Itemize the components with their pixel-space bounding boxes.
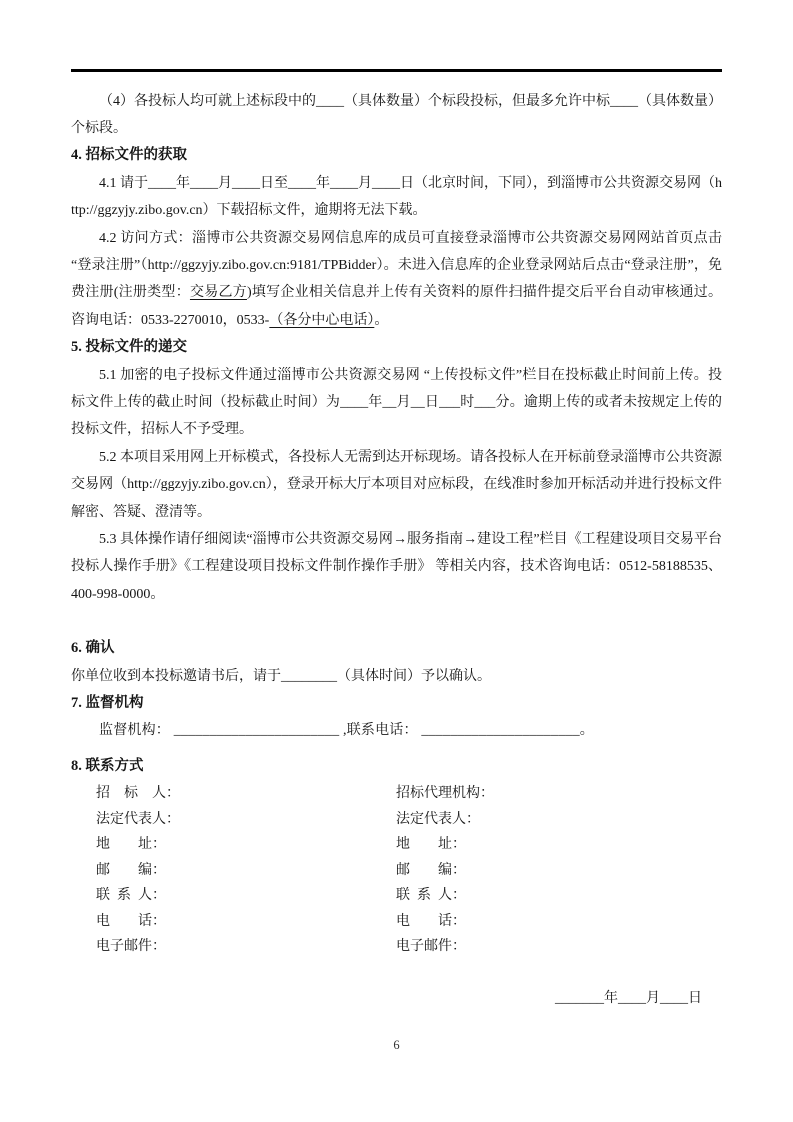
paragraph-4-1: 4.1 请于____年____月____日至____年____月____日（北京… (71, 170, 722, 225)
paragraph-4-2: 4.2 访问方式：淄博市公共资源交易网信息库的成员可直接登录淄博市公共资源交易网… (71, 225, 722, 335)
section-5-heading: 5. 投标文件的递交 (71, 334, 722, 361)
section-4-heading: 4. 招标文件的获取 (71, 142, 722, 169)
section-7-heading: 7. 监督机构 (71, 690, 722, 717)
paragraph-item-4: （4）各投标人均可就上述标段中的____（具体数量）个标段投标，但最多允许中标_… (71, 88, 722, 143)
email-label: 电子邮件： (96, 934, 396, 960)
page-number: 6 (71, 1038, 722, 1053)
postcode-label: 邮 编： (396, 858, 722, 884)
section-6-heading: 6. 确认 (71, 635, 722, 662)
paragraph-5-3: 5.3 具体操作请仔细阅读“淄博市公共资源交易网→服务指南→建设工程”栏目《工程… (71, 526, 722, 608)
contact-columns: 招 标 人： 法定代表人： 地 址： 邮 编： 联 系 人： 电 话： 电子邮件… (71, 781, 722, 960)
underlined-registration-type: 交易乙方 (190, 285, 247, 300)
tenderer-label: 招 标 人： (96, 781, 396, 807)
tenderer-contact-column: 招 标 人： 法定代表人： 地 址： 邮 编： 联 系 人： 电 话： 电子邮件… (71, 781, 396, 960)
address-label: 地 址： (96, 832, 396, 858)
supervision-org-fill-line: 监督机构： _______________________ ,联系电话： ___… (71, 717, 722, 744)
email-label: 电子邮件： (396, 934, 722, 960)
document-page: （4）各投标人均可就上述标段中的____（具体数量）个标段投标，但最多允许中标_… (0, 0, 793, 1122)
paragraph-6-body: 你单位收到本投标邀请书后，请于________（具体时间）予以确认。 (71, 663, 722, 690)
underlined-branch-phone: （各分中心电话） (269, 313, 374, 328)
paragraph-4-2-period: 。 (374, 313, 388, 328)
phone-label: 电 话： (396, 909, 722, 935)
agency-label: 招标代理机构： (396, 781, 722, 807)
phone-label: 电 话： (96, 909, 396, 935)
header-divider-rule (71, 69, 722, 72)
address-label: 地 址： (396, 832, 722, 858)
agency-contact-column: 招标代理机构： 法定代表人： 地 址： 邮 编： 联 系 人： 电 话： 电子邮… (396, 781, 722, 960)
contact-person-label: 联 系 人： (396, 883, 722, 909)
section-8-heading: 8. 联系方式 (71, 753, 722, 780)
contact-person-label: 联 系 人： (96, 883, 396, 909)
postcode-label: 邮 编： (96, 858, 396, 884)
legal-rep-label: 法定代表人： (396, 807, 722, 833)
signature-date-line: _______年____月____日 (71, 985, 722, 1012)
paragraph-5-2: 5.2 本项目采用网上开标模式，各投标人无需到达开标现场。请各投标人在开标前登录… (71, 444, 722, 526)
paragraph-5-1: 5.1 加密的电子投标文件通过淄博市公共资源交易网 “上传投标文件”栏目在投标截… (71, 362, 722, 444)
legal-rep-label: 法定代表人： (96, 807, 396, 833)
